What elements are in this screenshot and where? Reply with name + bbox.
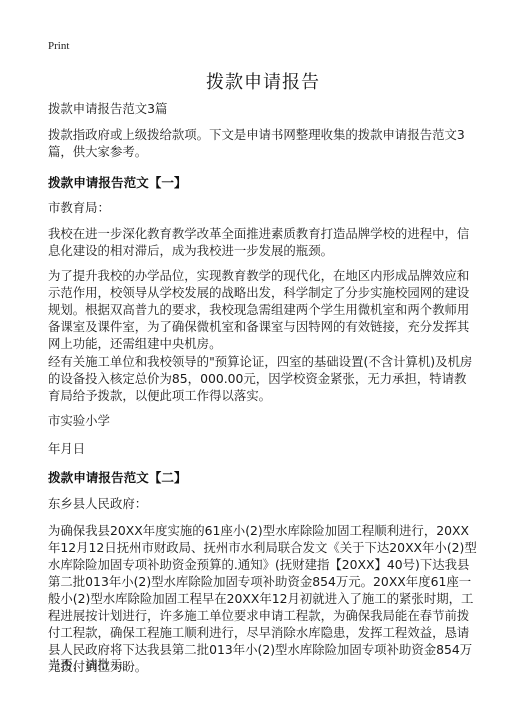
section-1-signature: 市实验小学	[48, 412, 478, 429]
section-1-paragraph-3: 经有关施工单位和我校领导的"预算论证，四室的基础设置(不含计算机)及机房的设备投…	[48, 353, 478, 404]
section-1-addressee: 市教育局：	[48, 199, 478, 216]
section-heading-2: 拨款申请报告范文【二】	[48, 467, 478, 486]
document-title: 拨款申请报告	[48, 68, 478, 94]
print-label: Print	[48, 40, 69, 52]
section-1-paragraph-2: 为了提升我校的办学品位，实现教育教学的现代化，在地区内形成品牌效应和示范作用，校…	[48, 267, 478, 352]
section-1-date: 年月日	[48, 440, 478, 457]
section-2-paragraph-1: 为确保我县20XX年度实施的61座小(2)型水库除险加固工程顺利进行，20XX年…	[48, 522, 478, 675]
section-1-paragraph-1: 我校在进一步深化教育教学改革全面推进素质教育打造品牌学校的进程中，信息化建设的相…	[48, 225, 478, 259]
subtitle: 拨款申请报告范文3篇	[48, 100, 478, 117]
intro-summary: 拨款指政府或上级拨给款项。下文是申请书网整理收集的拨款申请报告范文3篇，供大家参…	[48, 126, 478, 160]
section-heading-1: 拨款申请报告范文【一】	[48, 172, 478, 191]
section-2-addressee: 东乡县人民政府：	[48, 495, 478, 512]
section-2-closing: 当否，请批示。	[48, 656, 478, 673]
